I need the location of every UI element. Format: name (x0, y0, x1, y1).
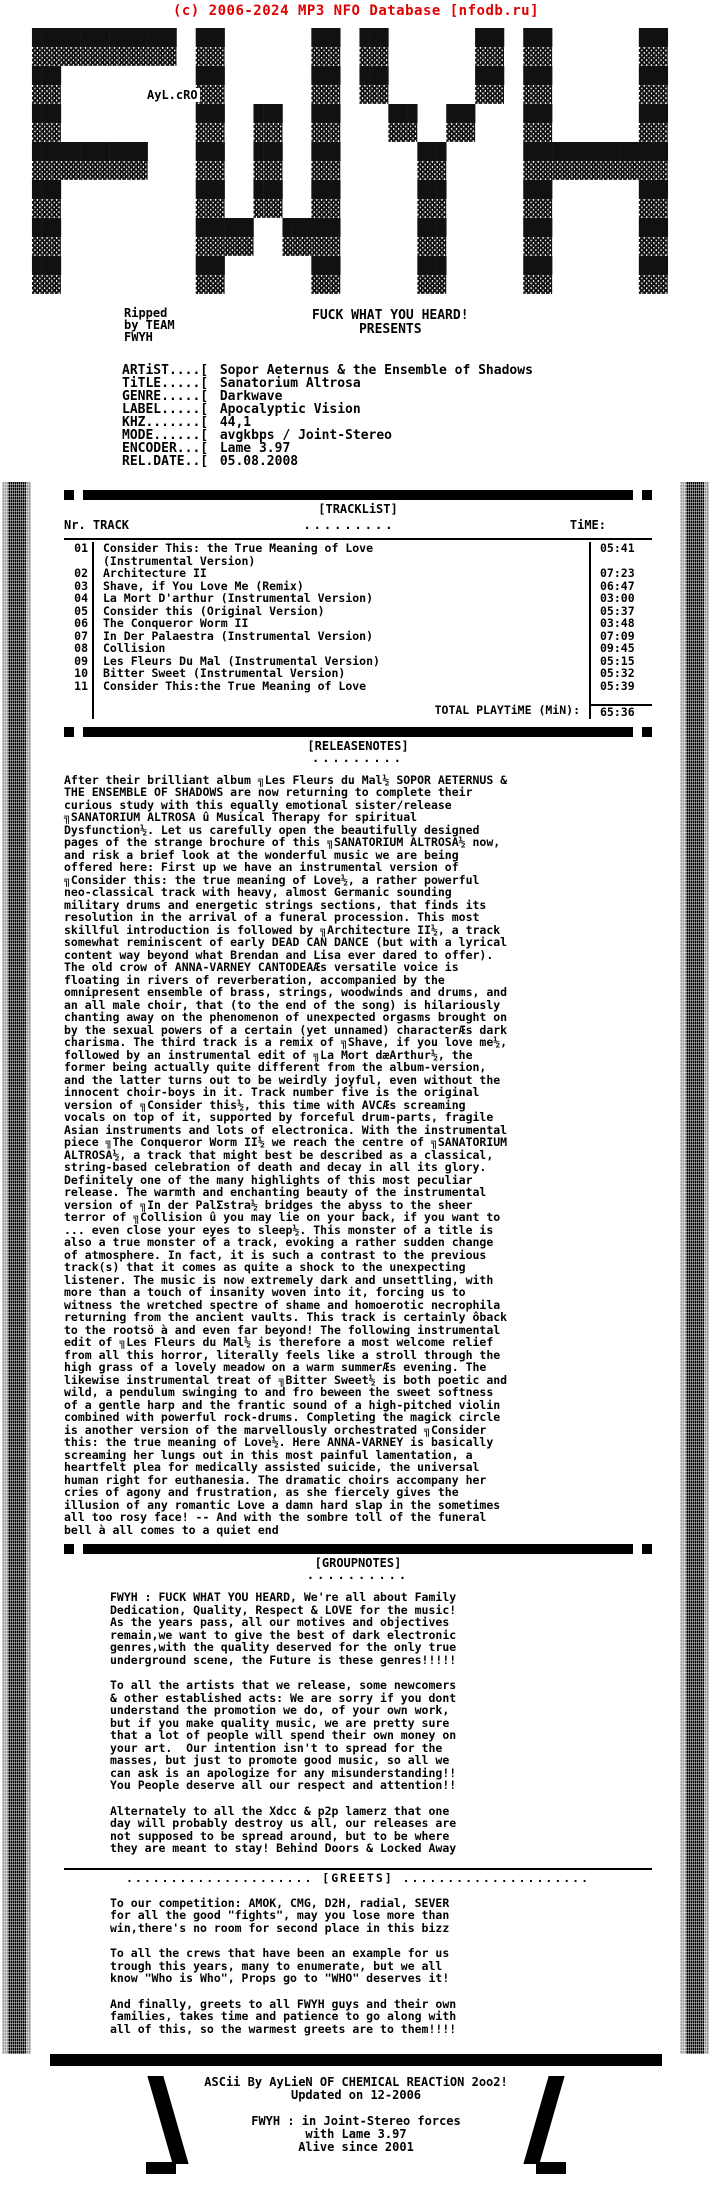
track-time: 03:48 (589, 617, 652, 630)
track-time: 03:00 (589, 592, 652, 605)
tracklist-body: 01Consider This: the True Meaning of Lov… (64, 542, 652, 692)
ripped-by-credit: Ripped by TEAM FWYH (122, 306, 177, 344)
ripped-line: FWYH (124, 331, 175, 343)
track-row: 10Bitter Sweet (Instrumental Version)05:… (64, 667, 652, 680)
ascii-logo-block: ███████████████ ███ ███ ███ ███ ███ ███ … (0, 22, 712, 354)
footer-art: ASCii By AyLieN OF CHEMICAL REACTiON 2oo… (0, 2054, 712, 2204)
track-time: 07:23 (589, 567, 652, 580)
ascii-updated: Updated on 12-2006 (0, 2089, 712, 2102)
track-title: Consider This:the True Meaning of Love (94, 680, 589, 693)
tracklist-columns: Nr. TRACK ......... TiME: (64, 518, 652, 532)
releasenotes-dots: ......... (64, 753, 652, 764)
release-info-row: LABEL.....[ Apocalyptic Vision (122, 403, 712, 416)
track-title-line: Consider This: the True Meaning of Love (103, 542, 589, 555)
track-number: 04 (64, 592, 94, 605)
tracklist-total-block: TOTAL PLAYTiME (MiN): 65:36 (64, 692, 652, 719)
track-number: 02 (64, 567, 94, 580)
footer-text: ASCii By AyLieN OF CHEMICAL REACTiON 2oo… (0, 2066, 712, 2154)
track-title-line: Consider This:the True Meaning of Love (103, 680, 589, 693)
greets-paragraphs: To our competition: AMOK, CMG, D2H, radi… (64, 1897, 652, 2036)
greets-dots-left: ..................... (126, 1871, 313, 1885)
track-title-line: In Der Palaestra (Instrumental Version) (103, 630, 589, 643)
track-time: 05:32 (589, 667, 652, 680)
releasenotes-text: After their brilliant album ╗Les Fleurs … (64, 774, 652, 1537)
track-number: 10 (64, 667, 94, 680)
greets-dots-right: ..................... (403, 1871, 590, 1885)
track-number: 01 (64, 542, 94, 567)
track-title: Architecture II (94, 567, 589, 580)
ascii-border-left (0, 482, 34, 2054)
section-divider (64, 727, 652, 737)
tracklist-rule (64, 538, 652, 540)
track-number: 06 (64, 617, 94, 630)
footer-left-foot-art (146, 2162, 176, 2174)
groupnotes-paragraph: To all the artists that we release, some… (110, 1679, 652, 1792)
tracklist-header: [TRACKLiST] (64, 502, 652, 516)
release-info-label: REL.DATE..[ (122, 455, 212, 468)
total-playtime-label: TOTAL PLAYTiME (MiN): (94, 704, 589, 719)
track-title-line: The Conqueror Worm II (103, 617, 589, 630)
track-time: 05:39 (589, 680, 652, 693)
release-info-value: 05.08.2008 (212, 454, 298, 469)
release-info-row: ENCODER...[ Lame 3.97 (122, 442, 712, 455)
col-time: TiME: (570, 518, 606, 532)
release-info-row: REL.DATE..[ 05.08.2008 (122, 455, 712, 468)
groupnotes-paragraph: FWYH : FUCK WHAT YOU HEARD, We're all ab… (110, 1591, 652, 1666)
section-divider (64, 1544, 652, 1554)
nfodb-watermark: (c) 2006-2024 MP3 NFO Database [nfodb.ru… (0, 0, 712, 22)
logo-crew-tag: AyL.cRO (145, 88, 200, 102)
footer-bar (50, 2054, 662, 2066)
track-row: 04La Mort D'arthur (Instrumental Version… (64, 592, 652, 605)
footer-right-foot-art (536, 2162, 566, 2174)
col-nr-track: Nr. TRACK (64, 518, 129, 532)
release-info-row: GENRE.....[ Darkwave (122, 390, 712, 403)
track-title: Consider This: the True Meaning of Love(… (94, 542, 589, 567)
release-info: ARTiST....[ Sopor Aeternus & the Ensembl… (122, 364, 712, 468)
track-row: 02Architecture II07:23 (64, 567, 652, 580)
release-info-row: ARTiST....[ Sopor Aeternus & the Ensembl… (122, 364, 712, 377)
track-number: 11 (64, 680, 94, 693)
track-row: 01Consider This: the True Meaning of Lov… (64, 542, 652, 567)
greets-rule (64, 1868, 652, 1870)
track-row: 08Collision09:45 (64, 642, 652, 655)
track-title-line: Bitter Sweet (Instrumental Version) (103, 667, 589, 680)
greets-label: [GREETS] (313, 1871, 402, 1885)
release-info-row: MODE......[ avgkbps / Joint-Stereo (122, 429, 712, 442)
nfo-framed-body: [TRACKLiST] Nr. TRACK ......... TiME: 01… (0, 482, 712, 2054)
track-time: 09:45 (589, 642, 652, 655)
track-title: Collision (94, 642, 589, 655)
ascii-border-right (678, 482, 712, 2054)
presents-line: FUCK WHAT YOU HEARD! (312, 309, 469, 323)
track-title-line: Collision (103, 642, 589, 655)
track-title: The Conqueror Worm II (94, 617, 589, 630)
track-row: 06The Conqueror Worm II03:48 (64, 617, 652, 630)
groupnotes-paragraph: Alternately to all the Xdcc & p2p lamerz… (110, 1805, 652, 1855)
release-info-row: TiTLE.....[ Sanatorium Altrosa (122, 377, 712, 390)
total-playtime-value: 65:36 (589, 704, 652, 719)
track-title-line: La Mort D'arthur (Instrumental Version) (103, 592, 589, 605)
greets-paragraph: To all the crews that have been an examp… (110, 1947, 652, 1985)
groupnotes-dots: .......... (64, 1570, 652, 1581)
groupnotes-paragraphs: FWYH : FUCK WHAT YOU HEARD, We're all ab… (64, 1591, 652, 1855)
track-number: 08 (64, 642, 94, 655)
track-title: Bitter Sweet (Instrumental Version) (94, 667, 589, 680)
track-title: La Mort D'arthur (Instrumental Version) (94, 592, 589, 605)
greets-header: ..................... [GREETS] .........… (64, 1872, 652, 1885)
footer-motto-3: Alive since 2001 (0, 2141, 712, 2154)
greets-paragraph: To our competition: AMOK, CMG, D2H, radi… (110, 1897, 652, 1935)
track-title-line: Architecture II (103, 567, 589, 580)
presents-banner: FUCK WHAT YOU HEARD! PRESENTS (308, 308, 473, 338)
track-time: 05:41 (589, 542, 652, 567)
ascii-logo-art: ███████████████ ███ ███ ███ ███ ███ ███ … (32, 28, 680, 294)
tracklist-total-row: TOTAL PLAYTiME (MiN): 65:36 (64, 704, 652, 719)
track-row: 11Consider This:the True Meaning of Love… (64, 680, 652, 693)
track-title: In Der Palaestra (Instrumental Version) (94, 630, 589, 643)
header-dots: ......... (129, 518, 570, 532)
release-info-row: KHZ.......[ 44,1 (122, 416, 712, 429)
nfo-content: [TRACKLiST] Nr. TRACK ......... TiME: 01… (34, 482, 678, 2054)
greets-paragraph: And finally, greets to all FWYH guys and… (110, 1998, 652, 2036)
presents-line: PRESENTS (312, 323, 469, 337)
nfo-document: (c) 2006-2024 MP3 NFO Database [nfodb.ru… (0, 0, 712, 2204)
section-divider (64, 490, 652, 500)
